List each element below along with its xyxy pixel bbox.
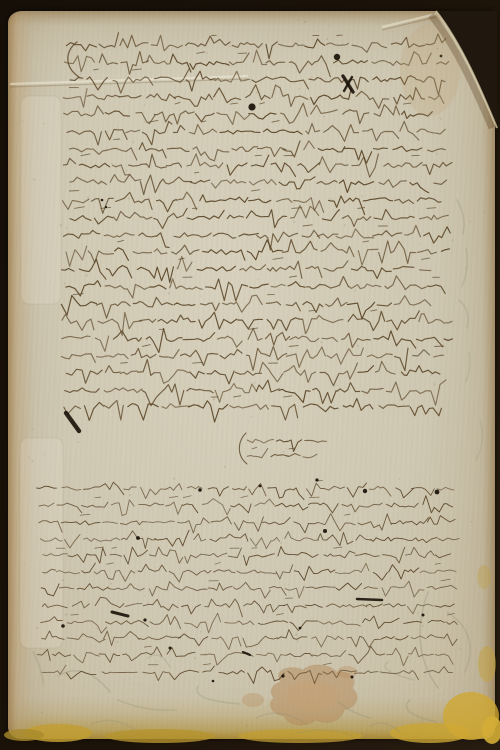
show-through-marks [33,200,482,736]
foxing-speckles [22,16,489,735]
chancery-note-lines [247,439,326,457]
page-corner-curl [400,11,497,128]
photo-background: { "artifact": { "alt_text": "Archival ph… [0,0,500,750]
handwriting-layer [0,0,500,750]
repair-guard-strips [20,96,63,648]
entry-1-lines [61,33,452,422]
fold-creases [10,14,436,87]
